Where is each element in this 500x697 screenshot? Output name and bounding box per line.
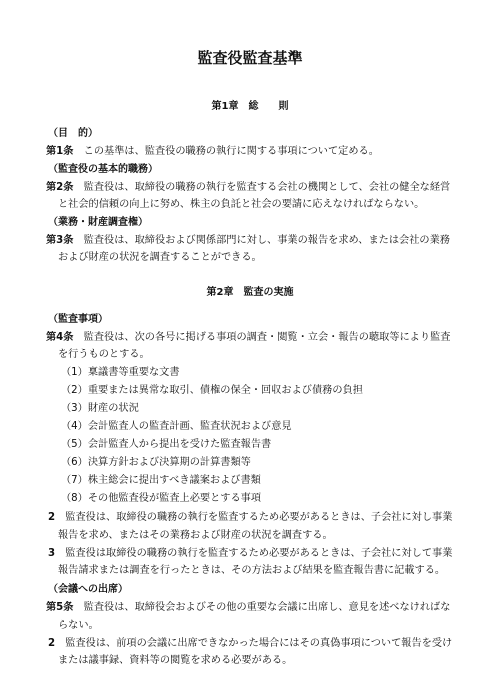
article-4-item-3: （3）財産の状況 bbox=[61, 402, 139, 415]
article-3-label: 第3条 bbox=[46, 235, 73, 246]
article-5: 第5条 監査役は、取締役会およびその他の重要な会議に出席し、意見を述べなければな bbox=[46, 601, 450, 614]
article-4-item-4: （4）会計監査人の監査計画、監査状況および意見 bbox=[61, 420, 292, 433]
article-5-label: 第5条 bbox=[46, 602, 73, 613]
section-heading-investigation-rights: （業務・財産調査権） bbox=[48, 216, 148, 229]
chapter-1-heading: 第1章 総 則 bbox=[0, 97, 500, 112]
article-1-line-1: この基準は、監査役の職務の執行に関する事項について定める。 bbox=[84, 146, 379, 157]
article-5-line-1: 監査役は、取締役会およびその他の重要な会議に出席し、意見を述べなければな bbox=[84, 602, 451, 613]
article-4-paragraph-3: 3 監査役は取締役の職務の執行を監査するため必要があるときは、子会社に対して事業 bbox=[48, 547, 452, 560]
document-title: 監査役監査基準 bbox=[0, 47, 500, 68]
section-heading-meeting-attendance: （会議への出席） bbox=[48, 583, 128, 596]
article-4-line-1: 監査役は、次の各号に掲げる事項の調査・閲覧・立会・報告の聴取等により監査 bbox=[84, 332, 451, 343]
article-4-item-5: （5）会計監査人から提出を受けた監査報告書 bbox=[61, 438, 271, 451]
article-4-paragraph-2-label: 2 bbox=[48, 512, 55, 523]
article-4-paragraph-3-label: 3 bbox=[48, 548, 55, 559]
article-4-line-2: を行うものとする。 bbox=[58, 348, 150, 361]
chapter-2-heading: 第2章 監査の実施 bbox=[0, 283, 500, 298]
article-2-line-2: と社会的信頼の向上に努め、株主の負託と社会の要請に応えなければならない。 bbox=[58, 198, 424, 211]
article-3-line-2: および財産の状況を調査することができる。 bbox=[58, 251, 262, 264]
article-4-item-7: （7）株主総会に提出すべき議案および書類 bbox=[61, 474, 261, 487]
section-heading-purpose: （目 的） bbox=[48, 127, 98, 140]
section-heading-basic-duties: （監査役の基本的職務） bbox=[48, 163, 158, 176]
article-2: 第2条 監査役は、取締役の職務の執行を監査する会社の機関として、会社の健全な経営 bbox=[46, 181, 450, 194]
article-4-item-6: （6）決算方針および決算期の計算書類等 bbox=[61, 456, 251, 469]
article-4-paragraph-2: 2 監査役は、取締役の職務の執行を監査するため必要があるときは、子会社に対し事業 bbox=[48, 511, 452, 524]
article-5-paragraph-2-line-2: または議事録、資料等の閲覧を求める必要がある。 bbox=[58, 654, 292, 667]
article-4-item-8: （8）その他監査役が監査上必要とする事項 bbox=[61, 492, 261, 505]
section-heading-audit-items: （監査事項） bbox=[48, 313, 108, 326]
article-4-label: 第4条 bbox=[46, 332, 73, 343]
article-4-paragraph-2-line-2: 報告を求め、またはその業務および財産の状況を調査する。 bbox=[58, 529, 333, 542]
article-4-paragraph-2-line-1: 監査役は、取締役の職務の執行を監査するため必要があるときは、子会社に対し事業 bbox=[65, 512, 452, 523]
article-5-paragraph-2-label: 2 bbox=[48, 638, 55, 649]
article-3-line-1: 監査役は、取締役および関係部門に対し、事業の報告を求め、または会社の業務 bbox=[84, 235, 450, 246]
article-1: 第1条 この基準は、監査役の職務の執行に関する事項について定める。 bbox=[46, 145, 379, 158]
article-5-paragraph-2: 2 監査役は、前項の会議に出席できなかった場合にはその真偽事項について報告を受け bbox=[48, 637, 452, 650]
article-4: 第4条 監査役は、次の各号に掲げる事項の調査・閲覧・立会・報告の聴取等により監査 bbox=[46, 331, 450, 344]
article-4-item-1: （1）稟議書等重要な文書 bbox=[61, 366, 180, 379]
article-2-line-1: 監査役は、取締役の職務の執行を監査する会社の機関として、会社の健全な経営 bbox=[84, 182, 451, 193]
article-4-paragraph-3-line-1: 監査役は取締役の職務の執行を監査するため必要があるときは、子会社に対して事業 bbox=[65, 548, 452, 559]
article-5-line-2: らない。 bbox=[58, 619, 99, 632]
article-3: 第3条 監査役は、取締役および関係部門に対し、事業の報告を求め、または会社の業務 bbox=[46, 234, 450, 247]
article-4-item-2: （2）重要または異常な取引、債権の保全・回収および債務の負担 bbox=[61, 384, 363, 397]
article-1-label: 第1条 bbox=[46, 146, 73, 157]
article-2-label: 第2条 bbox=[46, 182, 73, 193]
article-5-paragraph-2-line-1: 監査役は、前項の会議に出席できなかった場合にはその真偽事項について報告を受け bbox=[65, 638, 452, 649]
article-4-paragraph-3-line-2: 報告請求または調査を行ったときは、その方法および結果を監査報告書に記載する。 bbox=[58, 564, 445, 577]
